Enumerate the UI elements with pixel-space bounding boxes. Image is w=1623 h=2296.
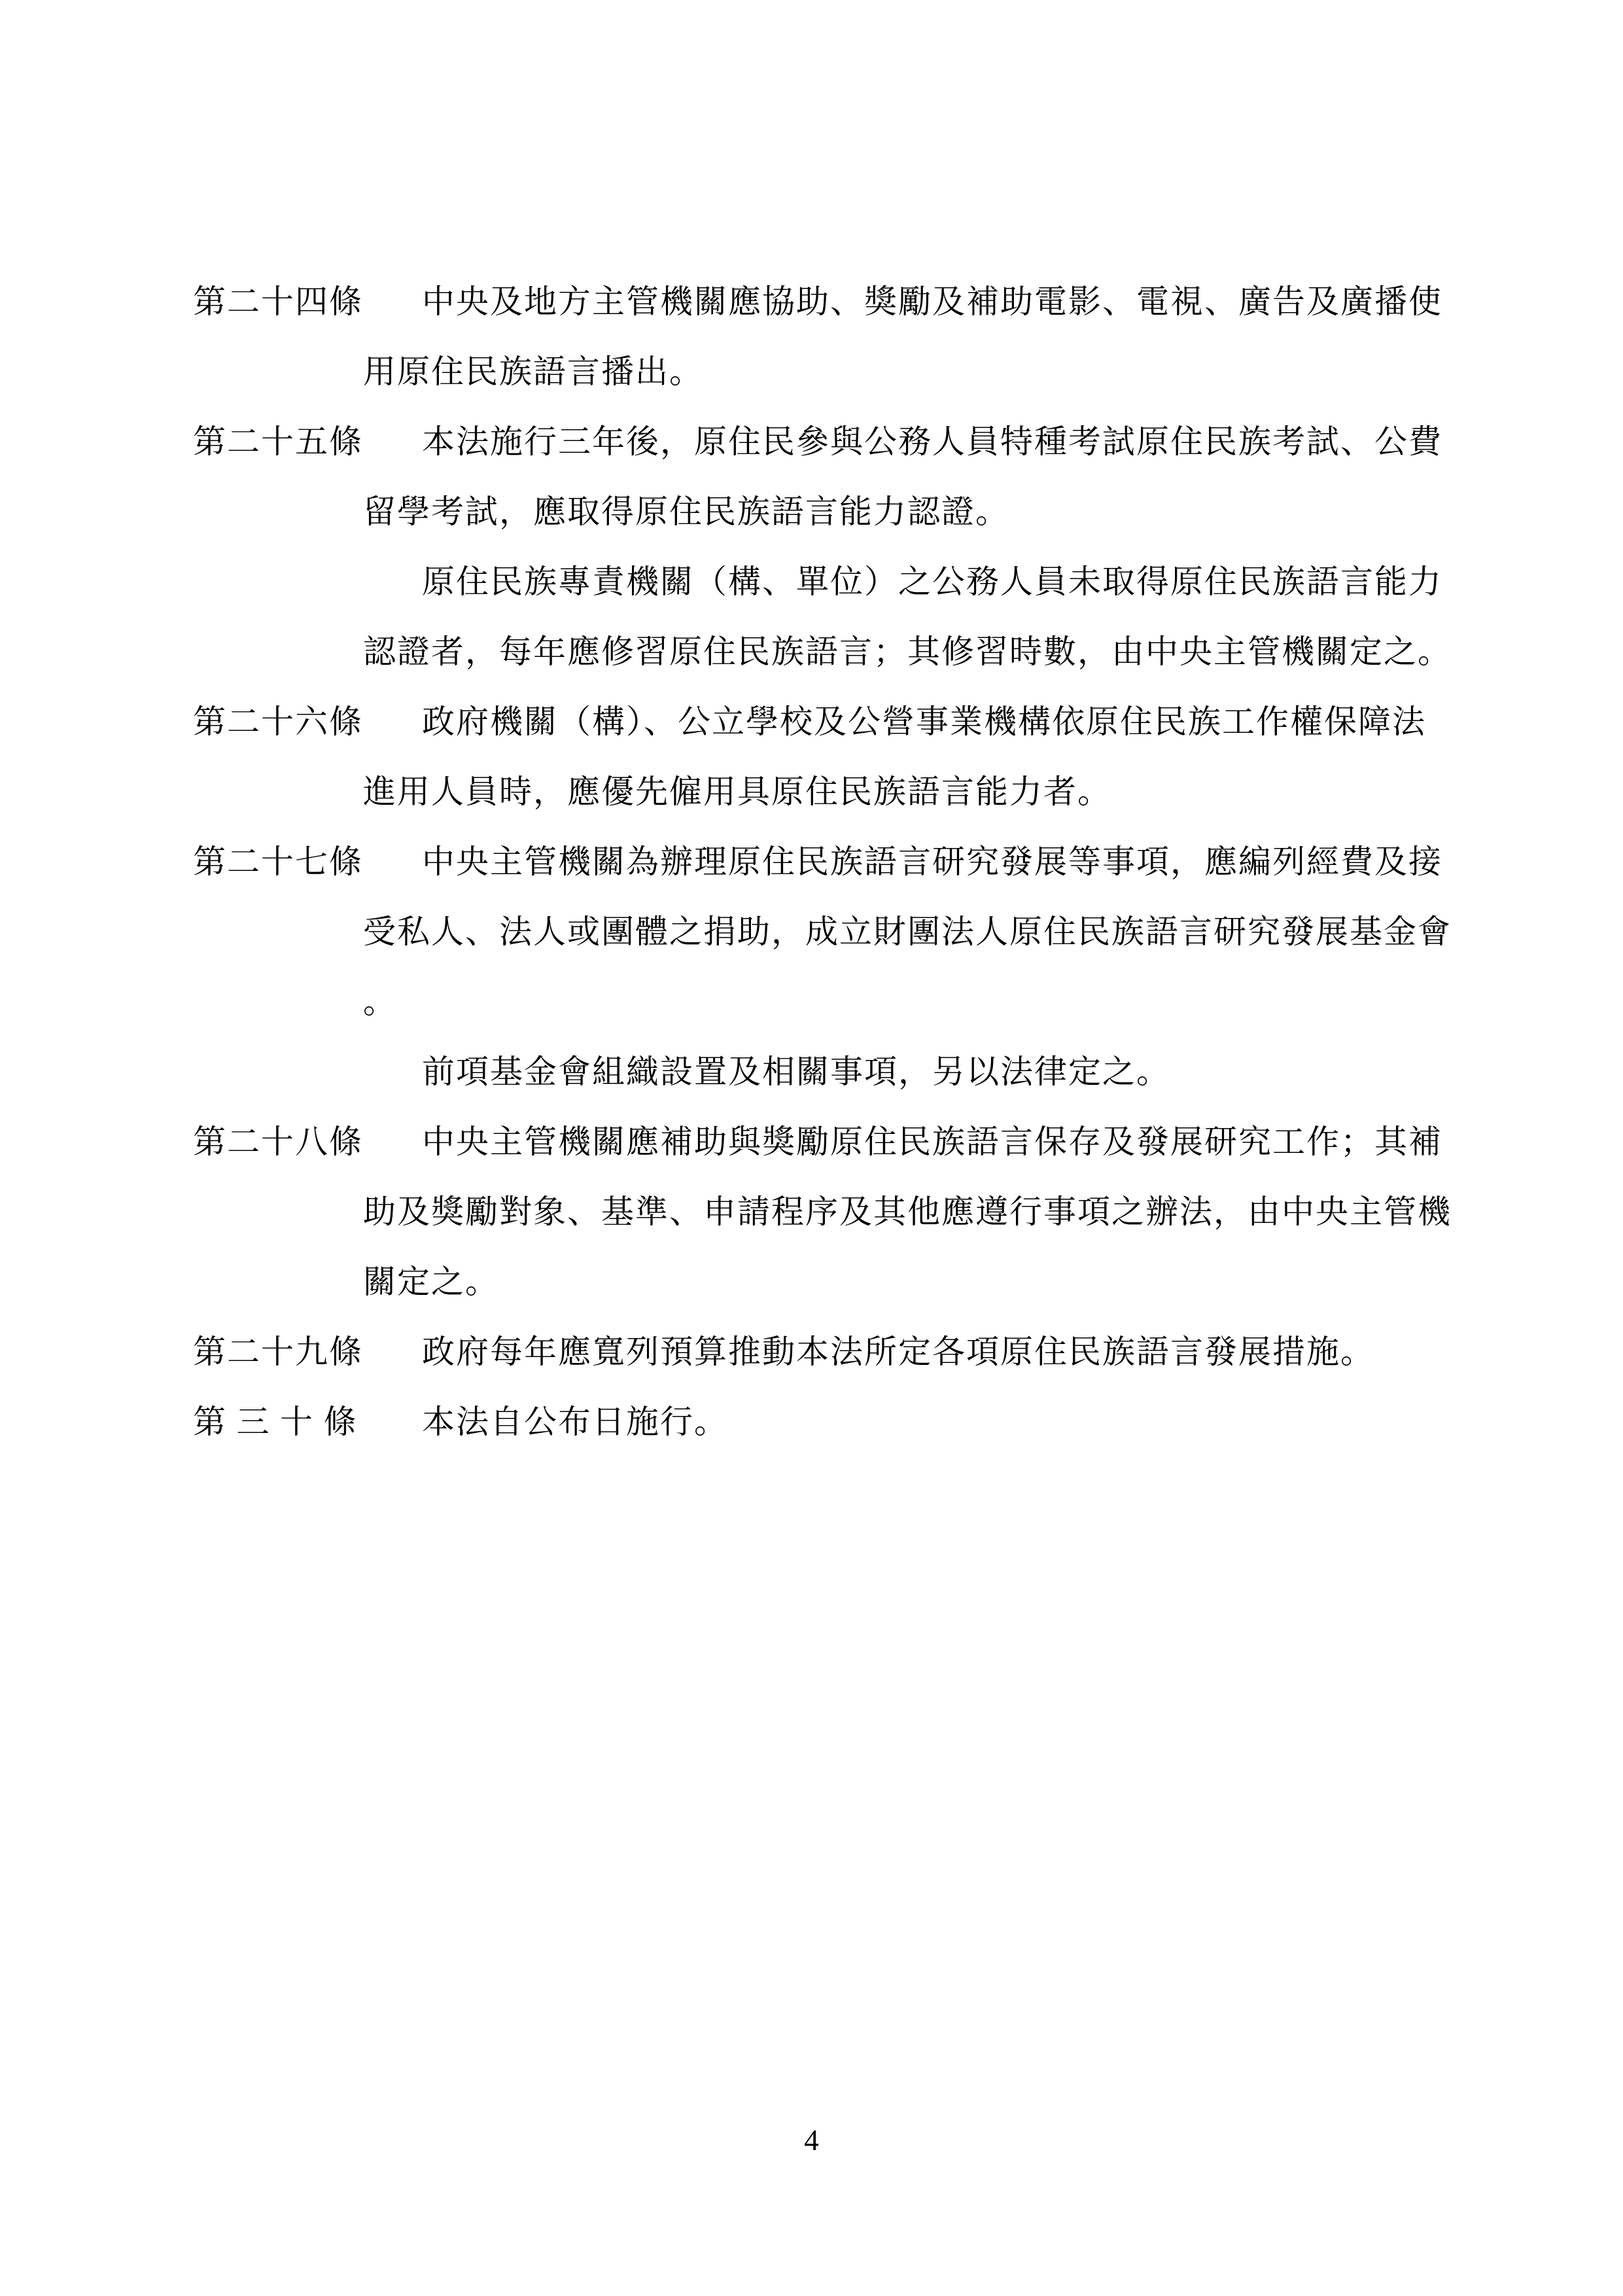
article-text: 。 bbox=[363, 983, 397, 1020]
text-line: 第二十六條政府機關（構）、公立學校及公營事業機構依原住民族工作權保障法 bbox=[193, 687, 1433, 757]
text-line: 關定之。 bbox=[193, 1247, 1433, 1317]
article-number: 第二十七條 bbox=[193, 827, 422, 897]
article-text: 政府機關（構）、公立學校及公營事業機構依原住民族工作權保障法 bbox=[422, 703, 1426, 740]
article-text: 用原住民族語言播出。 bbox=[363, 353, 703, 390]
document-page: 第二十四條中央及地方主管機關應協助、獎勵及補助電影、電視、廣告及廣播使用原住民族… bbox=[0, 0, 1623, 2296]
article-text: 受私人、法人或團體之捐助，成立財團法人原住民族語言研究發展基金會 bbox=[363, 913, 1452, 950]
text-line: 留學考試，應取得原住民族語言能力認證。 bbox=[193, 477, 1433, 547]
text-line: 第 三 十 條本法自公布日施行。 bbox=[193, 1387, 1433, 1457]
text-line: 用原住民族語言播出。 bbox=[193, 337, 1433, 407]
article-text: 原住民族專責機關（構、單位）之公務人員未取得原住民族語言能力 bbox=[422, 563, 1442, 600]
article-text: 助及獎勵對象、基準、申請程序及其他應遵行事項之辦法，由中央主管機 bbox=[363, 1193, 1452, 1230]
text-line: 第二十四條中央及地方主管機關應協助、獎勵及補助電影、電視、廣告及廣播使 bbox=[193, 267, 1433, 337]
text-line: 第二十五條本法施行三年後，原住民參與公務人員特種考試原住民族考試、公費 bbox=[193, 407, 1433, 477]
article-text: 中央及地方主管機關應協助、獎勵及補助電影、電視、廣告及廣播使 bbox=[422, 283, 1442, 320]
article-number: 第 三 十 條 bbox=[193, 1387, 422, 1457]
article-text: 前項基金會組織設置及相關事項，另以法律定之。 bbox=[422, 1053, 1170, 1090]
article-number: 第二十八條 bbox=[193, 1107, 422, 1177]
article-number: 第二十五條 bbox=[193, 407, 422, 477]
article-text: 中央主管機關應補助與獎勵原住民族語言保存及發展研究工作；其補 bbox=[422, 1123, 1442, 1160]
article-text: 進用人員時，應優先僱用具原住民族語言能力者。 bbox=[363, 773, 1111, 810]
text-line: 。 bbox=[193, 967, 1433, 1037]
text-line: 原住民族專責機關（構、單位）之公務人員未取得原住民族語言能力 bbox=[193, 547, 1433, 617]
text-line: 助及獎勵對象、基準、申請程序及其他應遵行事項之辦法，由中央主管機 bbox=[193, 1177, 1433, 1247]
article-text: 本法自公布日施行。 bbox=[422, 1404, 728, 1440]
text-line: 認證者，每年應修習原住民族語言；其修習時數，由中央主管機關定之。 bbox=[193, 617, 1433, 687]
text-line: 受私人、法人或團體之捐助，成立財團法人原住民族語言研究發展基金會 bbox=[193, 897, 1433, 967]
article-number: 第二十四條 bbox=[193, 267, 422, 337]
article-text: 關定之。 bbox=[363, 1263, 499, 1300]
article-number: 第二十九條 bbox=[193, 1317, 422, 1387]
article-number: 第二十六條 bbox=[193, 687, 422, 757]
text-line: 進用人員時，應優先僱用具原住民族語言能力者。 bbox=[193, 757, 1433, 827]
article-text: 中央主管機關為辦理原住民族語言研究發展等事項，應編列經費及接 bbox=[422, 843, 1442, 880]
text-line: 第二十九條政府每年應寬列預算推動本法所定各項原住民族語言發展措施。 bbox=[193, 1317, 1433, 1387]
article-text: 政府每年應寬列預算推動本法所定各項原住民族語言發展措施。 bbox=[422, 1333, 1374, 1370]
text-line: 第二十七條中央主管機關為辦理原住民族語言研究發展等事項，應編列經費及接 bbox=[193, 827, 1433, 897]
document-text: 第二十四條中央及地方主管機關應協助、獎勵及補助電影、電視、廣告及廣播使用原住民族… bbox=[193, 267, 1433, 1457]
article-text: 認證者，每年應修習原住民族語言；其修習時數，由中央主管機關定之。 bbox=[363, 633, 1452, 670]
page-number: 4 bbox=[0, 2124, 1623, 2157]
text-line: 前項基金會組織設置及相關事項，另以法律定之。 bbox=[193, 1037, 1433, 1107]
text-line: 第二十八條中央主管機關應補助與獎勵原住民族語言保存及發展研究工作；其補 bbox=[193, 1107, 1433, 1177]
article-text: 本法施行三年後，原住民參與公務人員特種考試原住民族考試、公費 bbox=[422, 423, 1442, 460]
article-text: 留學考試，應取得原住民族語言能力認證。 bbox=[363, 493, 1009, 530]
